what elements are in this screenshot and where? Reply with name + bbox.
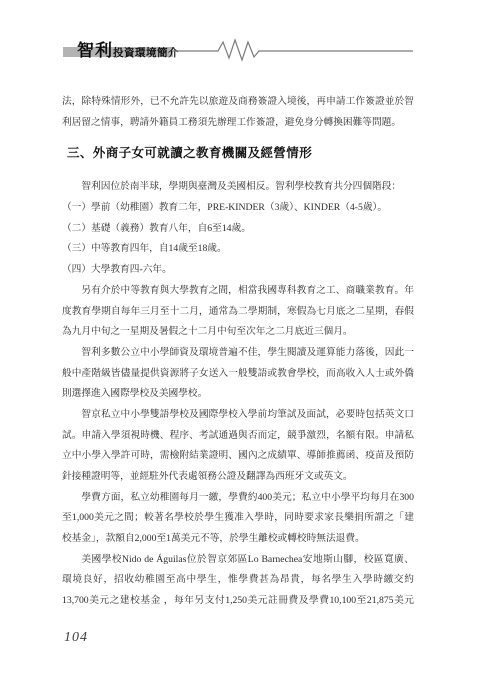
section-heading: 三、外商子女可就讀之教育機關及經營情形 <box>62 140 414 166</box>
text-line: （四）大學教育四-六年。 <box>62 260 414 281</box>
brand-country-label: 智利 <box>77 41 113 60</box>
text-line: 13,700美元之建校基金 ，每年另支付1,250美元註冊費及學費10,100至… <box>62 591 414 612</box>
text-line: 針接種證明等，並經駐外代表處領務公證及翻譯為西班牙文或英文。 <box>62 467 414 488</box>
text-line: 另有介於中等教育與大學教育之間，相當我國專科教育之工、商職業教育。年 <box>62 281 414 302</box>
brand-subtitle-label: 投資環境簡介 <box>113 47 179 59</box>
text-line: 環境良好，招收幼稚園至高中學生，惟學費甚為昂貴，每名學生入學時繳交約 <box>62 570 414 591</box>
text-line: 立中小學入學許可時，需檢附結業證明、國內之成績單、導師推薦函、疫苗及預防 <box>62 446 414 467</box>
text-line: 法，除特殊情形外，已不允許先以旅遊及商務簽證入境後，再申請工作簽證並於智 <box>62 92 414 113</box>
text-line: 則選擇進入國際學校及美國學校。 <box>62 384 414 405</box>
text-line: 學費方面，私立幼稚園每月一繳，學費約400美元；私立中小學平均每月在300 <box>62 488 414 509</box>
text-line: （一）學前（幼稚園）教育二年，PRE-KINDER（3歲）、KINDER（4-5… <box>62 198 414 219</box>
text-line: 試。申請入學須視時機、程序、考試通過與否而定，競爭激烈，名額有限。申請私 <box>62 426 414 447</box>
text-line: 般中產階級皆儘量提供資源將子女送入一般雙語或教會學校，而高收入人士或外僑 <box>62 364 414 385</box>
text-line: （二）基礎（義務）教育八年，自6至14歲。 <box>62 219 414 240</box>
text-line: 至1,000美元之間；較著名學校於學生獲准入學時，同時要求家長樂捐所謂之「建 <box>62 508 414 529</box>
text-line: 智利因位於南半球，學期與臺灣及美國相反。智利學校教育共分四個階段： <box>62 177 414 198</box>
text-line: 美國學校Nido de Águilas位於智京郊區Lo Barnechea安地斯… <box>62 550 414 571</box>
text-line: 智京私立中小學雙語學校及國際學校入學前均筆試及面試，必要時包括英文口 <box>62 405 414 426</box>
text-line: 為九月中旬之一星期及暑假之十二月中旬至次年之二月底近三個月。 <box>62 322 414 343</box>
text-line: 校基金」，款額自2,000至1萬美元不等，於學生離校或轉校時無法退費。 <box>62 529 414 550</box>
document-body: 法，除特殊情形外，已不允許先以旅遊及商務簽證入境後，再申請工作簽證並於智利居留之… <box>62 92 414 612</box>
text-line: （三）中等教育四年，自14歲至18歲。 <box>62 239 414 260</box>
book-page: 智利投資環境簡介 法，除特殊情形外，已不允許先以旅遊及商務簽證入境後，再申請工作… <box>0 0 480 679</box>
zigzag-divider-icon <box>173 37 414 67</box>
page-number: 104 <box>64 630 88 646</box>
text-line: 利居留之情事，聘請外籍員工務須先辦理工作簽證，避免身分轉換困難等問題。 <box>62 113 414 134</box>
text-line: 度教育學期自每年三月至十二月，通常為二學期制，寒假為七月底之二星期，春假 <box>62 302 414 323</box>
header-title: 智利投資環境簡介 <box>77 36 179 61</box>
text-line: 智利多數公立中小學師資及環境普遍不佳，學生閱讀及運算能力落後，因此一 <box>62 343 414 364</box>
